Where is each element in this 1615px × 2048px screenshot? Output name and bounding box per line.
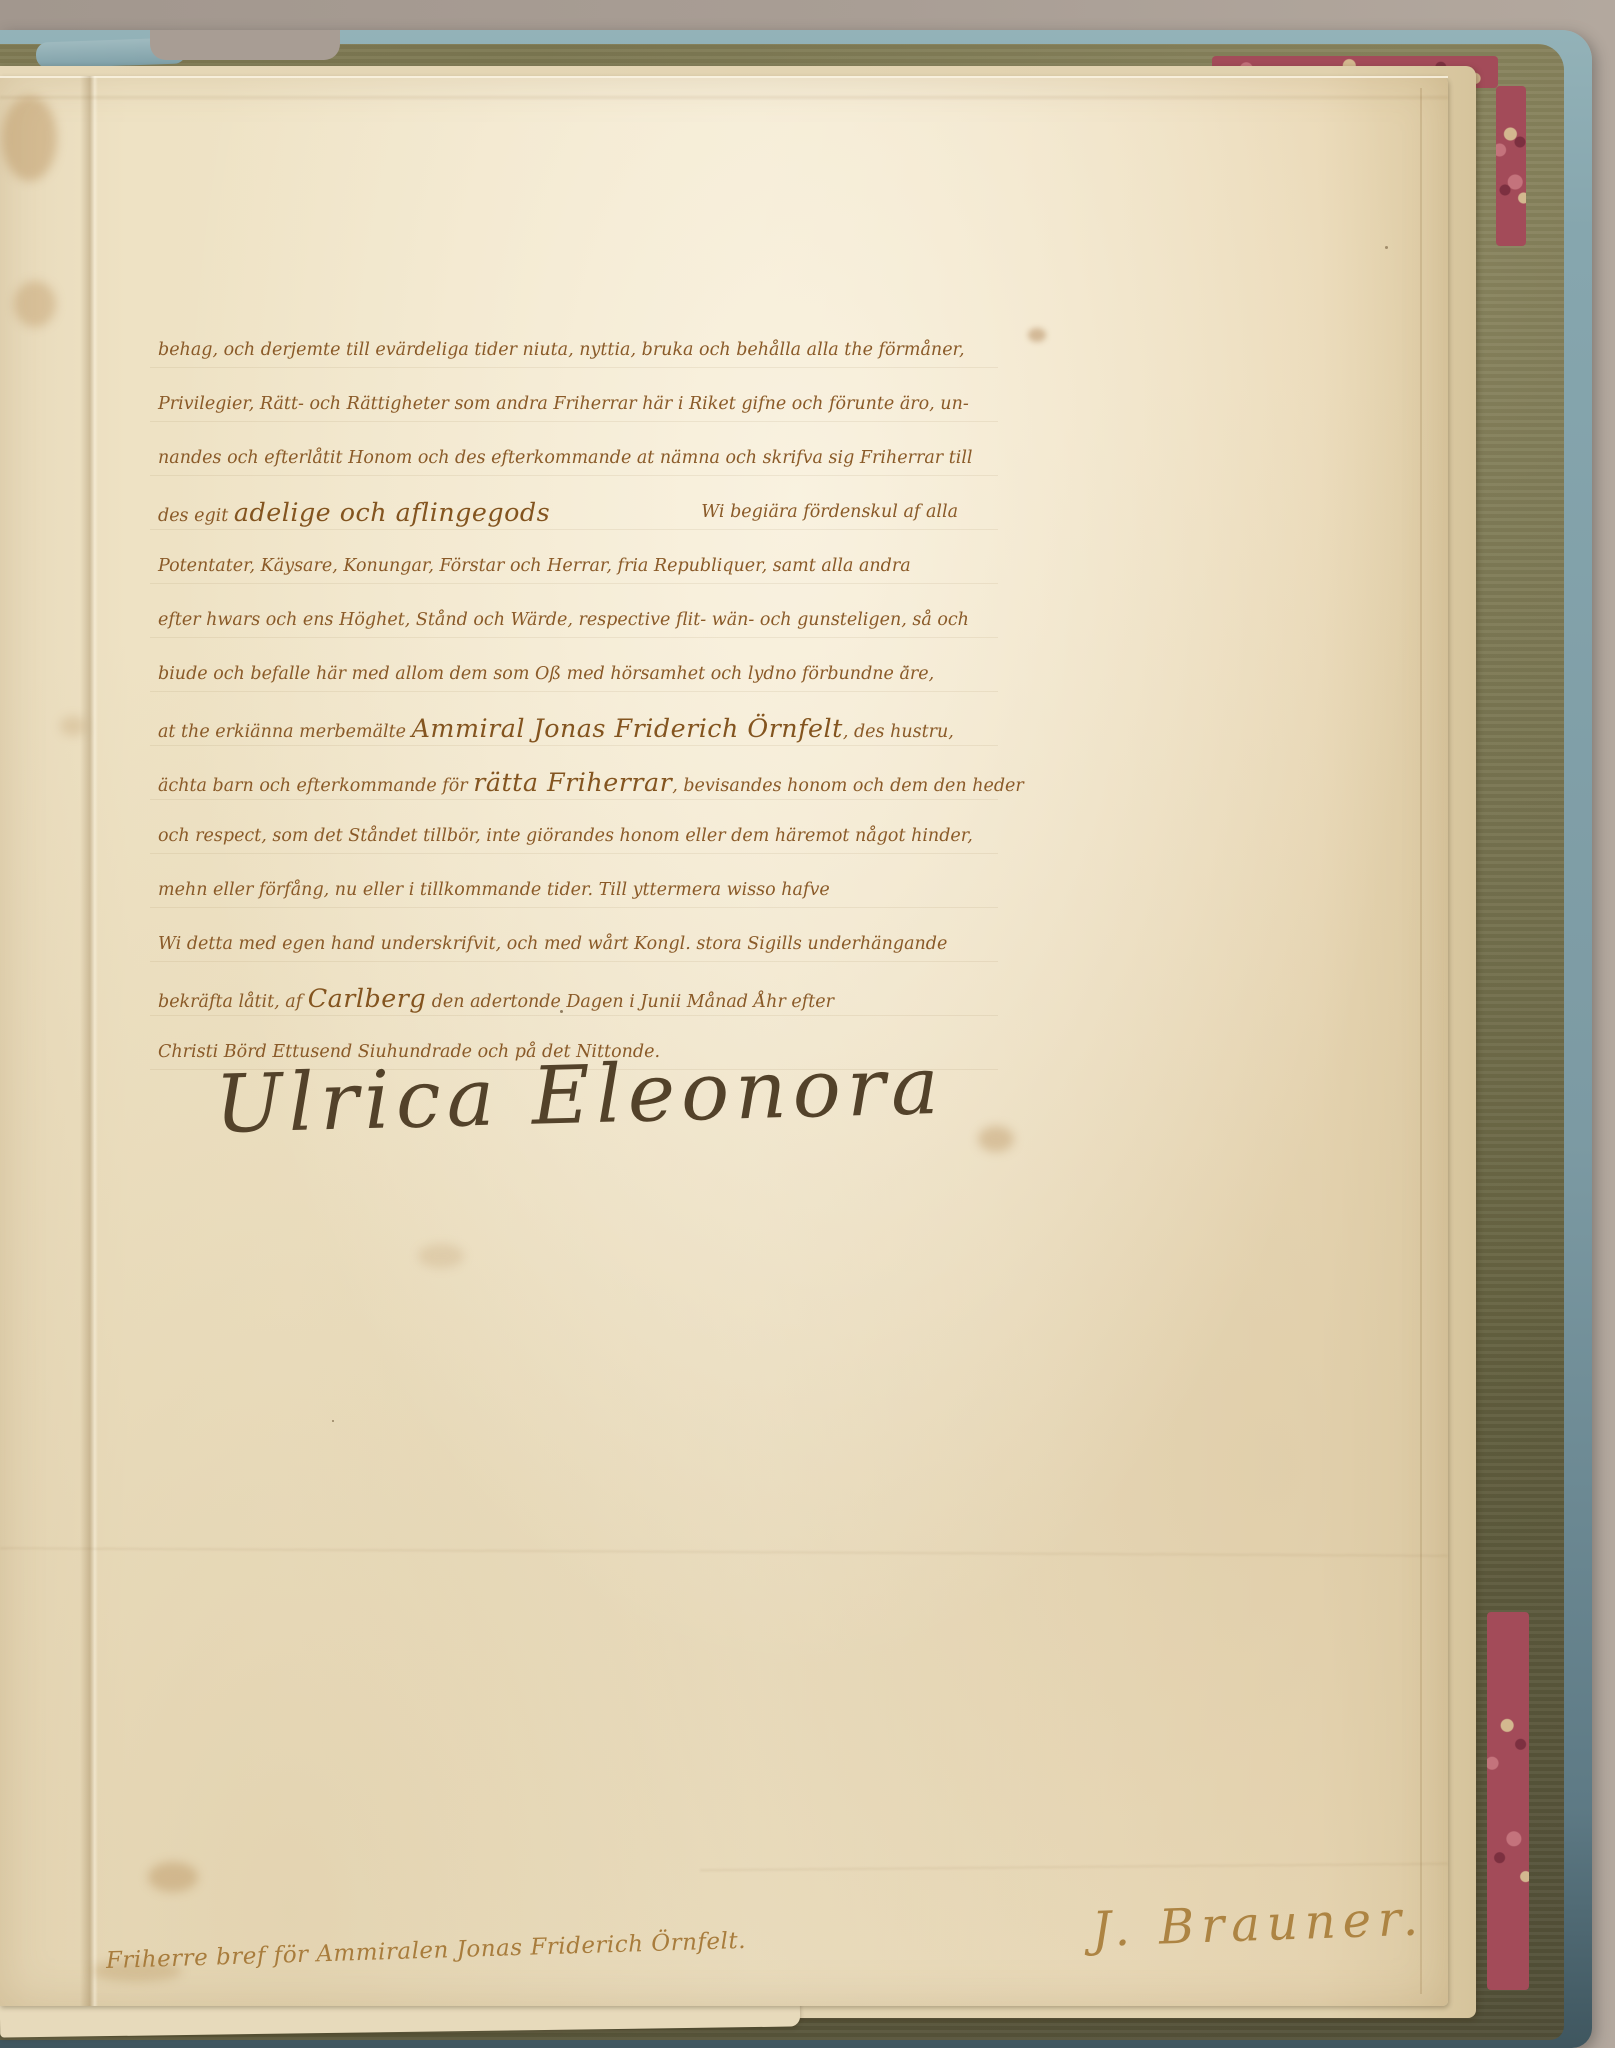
- manuscript-text: biude och befalle här med allom dem som …: [158, 664, 934, 684]
- manuscript-text: efter hwars och ens Höghet, Stånd och Wä…: [158, 610, 969, 630]
- manuscript-line-segment-group: nandes och efterlåtit Honom och des efte…: [158, 448, 973, 468]
- manuscript-line: biude och befalle här med allom dem som …: [158, 647, 958, 701]
- manuscript-text: Potentater, Käysare, Konungar, Förstar o…: [158, 556, 911, 576]
- scanned-manuscript-screenshot: { "manuscript": { "description_label": "…: [0, 0, 1615, 2048]
- manuscript-line: efter hwars och ens Höghet, Stånd och Wä…: [158, 593, 958, 647]
- manuscript-text: ächta barn och efterkommande för: [158, 776, 473, 796]
- foxing-stain: [148, 1862, 198, 1892]
- manuscript-line-segment-group: bekräfta låtit, af Carlberg den adertond…: [158, 992, 834, 1012]
- manuscript-text: , des hustru,: [843, 722, 954, 742]
- manuscript-line: Wi detta med egen hand underskrifvit, oc…: [158, 917, 958, 971]
- manuscript-line: Privilegier, Rätt- och Rättigheter som a…: [158, 377, 958, 431]
- manuscript-text: Wi detta med egen hand underskrifvit, oc…: [158, 934, 947, 954]
- manuscript-line-segment-group: Potentater, Käysare, Konungar, Förstar o…: [158, 556, 911, 576]
- marbled-page-edge-right-upper: [1496, 86, 1526, 246]
- manuscript-text: behag, och derjemte till evärdeliga tide…: [158, 340, 965, 360]
- manuscript-line-segment-group: mehn eller förfång, nu eller i tillkomma…: [158, 880, 830, 900]
- page-fold-line-middle: [0, 1547, 1448, 1557]
- manuscript-page: behag, och derjemte till evärdeliga tide…: [0, 76, 1448, 2006]
- manuscript-line-segment-group: des egit adelige och aflingegods: [158, 485, 550, 539]
- foxing-stain: [2, 96, 57, 181]
- manuscript-line: mehn eller förfång, nu eller i tillkomma…: [158, 863, 958, 917]
- manuscript-line-segment-group: efter hwars och ens Höghet, Stånd och Wä…: [158, 610, 969, 630]
- manuscript-line-segment-group: biude och befalle här med allom dem som …: [158, 664, 934, 684]
- ink-speck: [332, 1420, 334, 1422]
- manuscript-line-segment-group: Privilegier, Rätt- och Rättigheter som a…: [158, 394, 969, 414]
- royal-signature: Ulrica Eleonora: [214, 1039, 946, 1151]
- manuscript-line-segment-group: och respect, som det Ståndet tillbör, in…: [158, 826, 973, 846]
- manuscript-text: nandes och efterlåtit Honom och des efte…: [158, 448, 973, 468]
- manuscript-text: Privilegier, Rätt- och Rättigheter som a…: [158, 394, 969, 414]
- background-notch: [150, 30, 340, 60]
- manuscript-emphasized-text: Carlberg: [308, 983, 426, 1013]
- page-right-fold-line: [1420, 88, 1422, 1994]
- countersignature: J. Brauner.: [1091, 1890, 1426, 1958]
- manuscript-line-segment-group: Wi detta med egen hand underskrifvit, oc…: [158, 934, 947, 954]
- manuscript-line: des egit adelige och aflingegodsWi begiä…: [158, 485, 958, 539]
- manuscript-emphasized-text: rätta Friherrar: [473, 767, 672, 797]
- marbled-page-edge-right-lower: [1487, 1612, 1529, 1990]
- manuscript-text: at the erkiänna merbemälte: [158, 722, 412, 742]
- manuscript-line-segment-group: at the erkiänna merbemälte Ammiral Jonas…: [158, 722, 954, 742]
- manuscript-line: nandes och efterlåtit Honom och des efte…: [158, 431, 958, 485]
- page-fold-line-lower: [700, 1863, 1448, 1872]
- manuscript-emphasized-text: Ammiral Jonas Friderich Örnfelt: [412, 713, 843, 743]
- manuscript-text: bekräfta låtit, af: [158, 992, 308, 1012]
- foxing-stain: [978, 1126, 1014, 1152]
- manuscript-text: , bevisandes honom och dem den heder: [672, 776, 1024, 796]
- docket-note: Friherre bref för Ammiralen Jonas Frider…: [106, 1928, 747, 1974]
- manuscript-line: och respect, som det Ståndet tillbör, in…: [158, 809, 958, 863]
- foxing-stain: [60, 716, 86, 736]
- manuscript-line-segment-group: ächta barn och efterkommande för rätta F…: [158, 776, 1024, 796]
- page-gutter-crease: [80, 76, 98, 2006]
- ink-speck: [1385, 246, 1388, 249]
- manuscript-text: des egit: [158, 506, 234, 526]
- manuscript-line-segment-group: Wi begiära fördenskul af alla: [701, 485, 958, 539]
- manuscript-text: den adertonde Dagen i Junii Månad Åhr ef…: [426, 992, 834, 1012]
- foxing-stain: [1028, 328, 1046, 342]
- manuscript-text: mehn eller förfång, nu eller i tillkomma…: [158, 880, 830, 900]
- manuscript-line: ächta barn och efterkommande för rätta F…: [158, 755, 958, 809]
- manuscript-text-block: behag, och derjemte till evärdeliga tide…: [158, 323, 958, 1079]
- manuscript-line: at the erkiänna merbemälte Ammiral Jonas…: [158, 701, 958, 755]
- manuscript-line: behag, och derjemte till evärdeliga tide…: [158, 323, 958, 377]
- manuscript-line-segment-group: behag, och derjemte till evärdeliga tide…: [158, 340, 965, 360]
- manuscript-text: och respect, som det Ståndet tillbör, in…: [158, 826, 973, 846]
- foxing-stain: [14, 281, 56, 327]
- foxing-stain: [418, 1244, 464, 1268]
- manuscript-emphasized-text: adelige och aflingegods: [234, 497, 550, 527]
- manuscript-line: Potentater, Käysare, Konungar, Förstar o…: [158, 539, 958, 593]
- manuscript-text: Wi begiära fördenskul af alla: [701, 502, 958, 522]
- page-fold-line-top: [0, 96, 1448, 99]
- manuscript-line: bekräfta låtit, af Carlberg den adertond…: [158, 971, 958, 1025]
